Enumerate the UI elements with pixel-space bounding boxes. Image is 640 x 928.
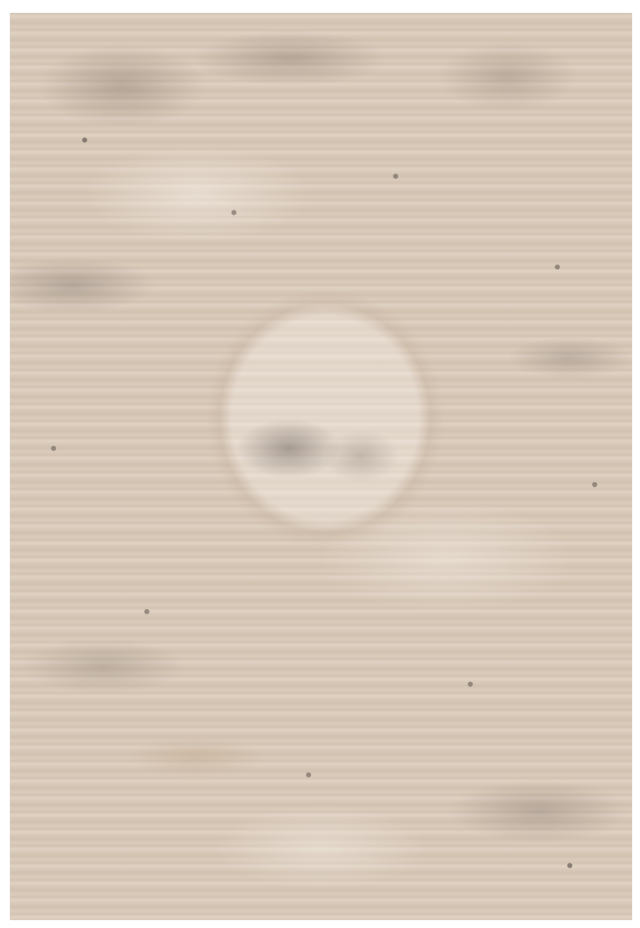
rug-photo (10, 13, 632, 920)
rug-speckles (10, 13, 632, 920)
